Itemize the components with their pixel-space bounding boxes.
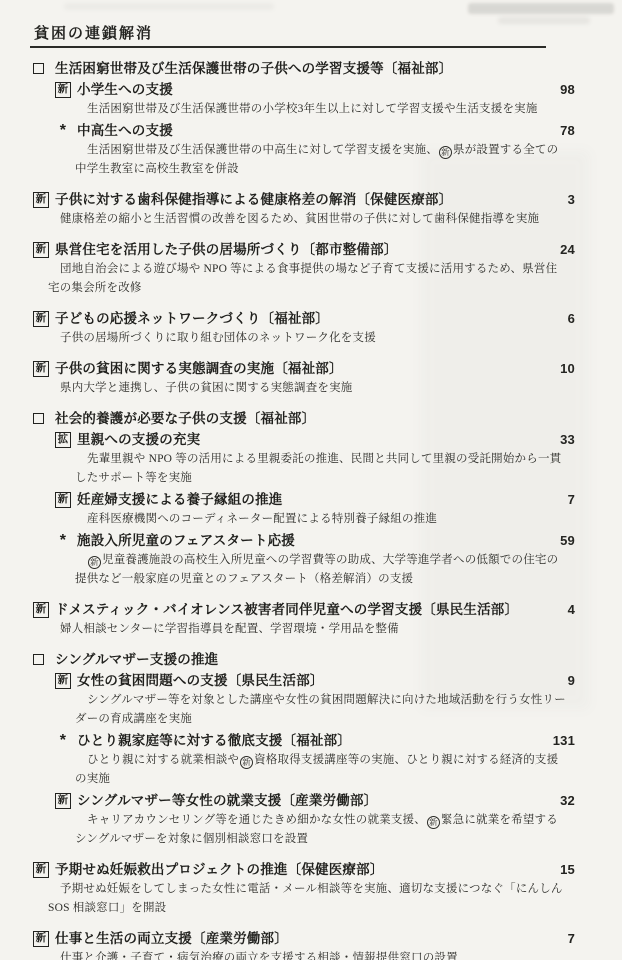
item-amount: 98	[552, 80, 575, 99]
item-title: 小学生への支援	[77, 80, 173, 99]
page-title: 貧困の連鎖解消	[30, 22, 546, 48]
policy-item: 新仕事と生活の両立支援〔産業労働部〕7仕事と介護・子育て・病気治療の両立を支援す…	[33, 929, 622, 960]
item-amount: 32	[552, 791, 575, 810]
circled-new-icon: 新	[240, 756, 253, 769]
policy-item: 新子供の貧困に関する実態調査の実施〔福祉部〕10県内大学と連携し、子供の貧困に関…	[33, 359, 622, 398]
expand-box-icon: 拡	[55, 432, 71, 448]
desc-text: 予期せぬ妊娠をしてしまった女性に電話・メール相談等を実施、適切な支援につなぐ「に…	[48, 883, 563, 914]
item-desc: シングルマザー等を対象とした講座や女性の貧困問題解決に向けた地域活動を行う女性リ…	[33, 691, 622, 729]
item-row: *中高生への支援78	[55, 121, 622, 140]
item-desc: 子供の居場所づくりに取り組む団体のネットワーク化を支援	[33, 329, 622, 348]
item-title: 予期せぬ妊娠救出プロジェクトの推進〔保健医療部〕	[55, 860, 384, 879]
item-title: 里親への支援の充実	[77, 430, 200, 449]
asterisk-marker: *	[55, 531, 71, 550]
item-amount: 3	[560, 190, 575, 209]
policy-item: 新子どもの応援ネットワークづくり〔福祉部〕6子供の居場所づくりに取り組む団体のネ…	[33, 309, 622, 348]
policy-group: 生活困窮世帯及び生活保護世帯の子供への学習支援等〔福祉部〕新小学生への支援98生…	[33, 59, 622, 179]
group-title: 生活困窮世帯及び生活保護世帯の子供への学習支援等〔福祉部〕	[55, 59, 452, 78]
policy-item: 新予期せぬ妊娠救出プロジェクトの推進〔保健医療部〕15予期せぬ妊娠をしてしまった…	[33, 860, 622, 918]
circled-new-icon: 新	[88, 556, 101, 569]
item-title: 子供の貧困に関する実態調査の実施〔福祉部〕	[55, 359, 343, 378]
item-amount: 6	[560, 309, 575, 328]
item-row: *施設入所児童のフェアスタート応援59	[55, 531, 622, 550]
item-row: 新予期せぬ妊娠救出プロジェクトの推進〔保健医療部〕15	[33, 860, 622, 879]
scan-artifact	[64, 3, 274, 10]
new-box-icon: 新	[55, 82, 71, 98]
open-square-icon	[33, 654, 44, 665]
item-row: 新仕事と生活の両立支援〔産業労働部〕7	[33, 929, 622, 948]
item-amount: 131	[545, 731, 575, 750]
circled-new-icon: 新	[427, 816, 440, 829]
item-title: シングルマザー等女性の就業支援〔産業労働部〕	[77, 791, 377, 810]
desc-text: 子供の居場所づくりに取り組む団体のネットワーク化を支援	[60, 332, 376, 344]
new-box-icon: 新	[55, 793, 71, 809]
item-row: *ひとり親家庭等に対する徹底支援〔福祉部〕131	[55, 731, 622, 750]
item-desc: 予期せぬ妊娠をしてしまった女性に電話・メール相談等を実施、適切な支援につなぐ「に…	[33, 880, 622, 918]
item-amount: 33	[552, 430, 575, 449]
new-box-icon: 新	[55, 492, 71, 508]
item-desc: 生活困窮世帯及び生活保護世帯の小学校3年生以上に対して学習支援や生活支援を実施	[33, 100, 622, 119]
circled-new-icon: 新	[439, 146, 452, 159]
desc-text: 県内大学と連携し、子供の貧困に関する実態調査を実施	[60, 382, 353, 394]
item-title: 妊産婦支援による養子縁組の推進	[77, 490, 283, 509]
group-title: 社会的養護が必要な子供の支援〔福祉部〕	[55, 409, 315, 428]
scanned-document-page: { "page": { "header": "貧困の連鎖解消" }, "mark…	[0, 0, 622, 960]
desc-text: 婦人相談センターに学習指導員を配置、学習環境・学用品を整備	[60, 623, 399, 635]
desc-text: 団地自治会による遊び場や NPO 等による食事提供の場など子育て支援に活用するた…	[48, 263, 557, 294]
asterisk-marker: *	[55, 731, 71, 750]
new-box-icon: 新	[33, 361, 49, 377]
open-square-icon	[33, 413, 44, 424]
item-desc: 県内大学と連携し、子供の貧困に関する実態調査を実施	[33, 379, 622, 398]
item-desc: 健康格差の縮小と生活習慣の改善を図るため、貧困世帯の子供に対して歯科保健指導を実…	[33, 210, 622, 229]
item-amount: 15	[552, 860, 575, 879]
item-row: 新子供の貧困に関する実態調査の実施〔福祉部〕10	[33, 359, 622, 378]
desc-text: 児童養護施設の高校生入所児童への学習費等の助成、大学等進学者への低額での住宅の提…	[75, 554, 558, 585]
item-row: 新シングルマザー等女性の就業支援〔産業労働部〕32	[55, 791, 622, 810]
desc-text: 生活困窮世帯及び生活保護世帯の小学校3年生以上に対して学習支援や生活支援を実施	[87, 103, 538, 115]
policy-item: 新子供に対する歯科保健指導による健康格差の解消〔保健医療部〕3健康格差の縮小と生…	[33, 190, 622, 229]
new-box-icon: 新	[33, 192, 49, 208]
item-title: 子どもの応援ネットワークづくり〔福祉部〕	[55, 309, 329, 328]
item-row: 新ドメスティック・バイオレンス被害者同伴児童への学習支援〔県民生活部〕4	[33, 600, 622, 619]
group-title: シングルマザー支援の推進	[55, 650, 218, 669]
item-desc: 生活困窮世帯及び生活保護世帯の中高生に対して学習支援を実施、新県が設置する全ての…	[33, 141, 622, 179]
item-amount: 78	[552, 121, 575, 140]
item-row: 新県営住宅を活用した子供の居場所づくり〔都市整備部〕24	[33, 240, 622, 259]
item-row: 新子どもの応援ネットワークづくり〔福祉部〕6	[33, 309, 622, 328]
item-title: ドメスティック・バイオレンス被害者同伴児童への学習支援〔県民生活部〕	[55, 600, 518, 619]
item-desc: 仕事と介護・子育て・病気治療の両立を支援する相談・情報提供窓口の設置	[33, 949, 622, 960]
item-title: ひとり親家庭等に対する徹底支援〔福祉部〕	[77, 731, 351, 750]
new-box-icon: 新	[33, 311, 49, 327]
item-title: 子供に対する歯科保健指導による健康格差の解消〔保健医療部〕	[55, 190, 452, 209]
item-row: 拡里親への支援の充実33	[55, 430, 622, 449]
desc-text: 先輩里親や NPO 等の活用による里親委託の推進、民間と共同して里親の受託開始か…	[75, 453, 561, 484]
item-amount: 59	[552, 531, 575, 550]
item-row: 新妊産婦支援による養子縁組の推進7	[55, 490, 622, 509]
item-desc: 団地自治会による遊び場や NPO 等による食事提供の場など子育て支援に活用するた…	[33, 260, 622, 298]
group-header-row: 社会的養護が必要な子供の支援〔福祉部〕	[33, 409, 622, 428]
new-box-icon: 新	[33, 242, 49, 258]
scan-artifact	[468, 3, 614, 14]
item-title: 仕事と生活の両立支援〔産業労働部〕	[55, 929, 288, 948]
desc-text: 生活困窮世帯及び生活保護世帯の中高生に対して学習支援を実施、	[87, 144, 438, 156]
desc-text: 仕事と介護・子育て・病気治療の両立を支援する相談・情報提供窓口の設置	[60, 952, 458, 960]
item-row: 新小学生への支援98	[55, 80, 622, 99]
new-box-icon: 新	[33, 931, 49, 947]
item-row: 新女性の貧困問題への支援〔県民生活部〕9	[55, 671, 622, 690]
item-title: 県営住宅を活用した子供の居場所づくり〔都市整備部〕	[55, 240, 398, 259]
group-header-row: 生活困窮世帯及び生活保護世帯の子供への学習支援等〔福祉部〕	[33, 59, 622, 78]
open-square-icon	[33, 63, 44, 74]
page-title-text: 貧困の連鎖解消	[34, 25, 153, 42]
policy-group: 社会的養護が必要な子供の支援〔福祉部〕拡里親への支援の充実33先輩里親や NPO…	[33, 409, 622, 589]
item-amount: 7	[560, 929, 575, 948]
item-desc: 婦人相談センターに学習指導員を配置、学習環境・学用品を整備	[33, 620, 622, 639]
policy-item: 新ドメスティック・バイオレンス被害者同伴児童への学習支援〔県民生活部〕4婦人相談…	[33, 600, 622, 639]
desc-text: キャリアカウンセリング等を通じたきめ細かな女性の就業支援、	[87, 814, 426, 826]
item-title: 施設入所児童のフェアスタート応援	[77, 531, 295, 550]
desc-text: シングルマザー等を対象とした講座や女性の貧困問題解決に向けた地域活動を行う女性リ…	[75, 694, 566, 725]
item-amount: 10	[552, 359, 575, 378]
item-amount: 7	[560, 490, 575, 509]
item-desc: キャリアカウンセリング等を通じたきめ細かな女性の就業支援、新緊急に就業を希望する…	[33, 811, 622, 849]
policy-group: シングルマザー支援の推進新女性の貧困問題への支援〔県民生活部〕9シングルマザー等…	[33, 650, 622, 849]
new-box-icon: 新	[33, 862, 49, 878]
item-amount: 9	[560, 671, 575, 690]
new-box-icon: 新	[33, 602, 49, 618]
group-header-row: シングルマザー支援の推進	[33, 650, 622, 669]
new-box-icon: 新	[55, 673, 71, 689]
item-desc: 産科医療機関へのコーディネーター配置による特別養子縁組の推進	[33, 510, 622, 529]
item-desc: ひとり親に対する就業相談や新資格取得支援講座等の実施、ひとり親に対する経済的支援…	[33, 751, 622, 789]
item-row: 新子供に対する歯科保健指導による健康格差の解消〔保健医療部〕3	[33, 190, 622, 209]
item-amount: 4	[560, 600, 575, 619]
item-desc: 先輩里親や NPO 等の活用による里親委託の推進、民間と共同して里親の受託開始か…	[33, 450, 622, 488]
item-desc: 新児童養護施設の高校生入所児童への学習費等の助成、大学等進学者への低額での住宅の…	[33, 551, 622, 589]
item-title: 女性の貧困問題への支援〔県民生活部〕	[77, 671, 324, 690]
item-amount: 24	[552, 240, 575, 259]
item-title: 中高生への支援	[77, 121, 173, 140]
desc-text: 産科医療機関へのコーディネーター配置による特別養子縁組の推進	[87, 513, 437, 525]
desc-text: ひとり親に対する就業相談や	[87, 754, 239, 766]
asterisk-marker: *	[55, 121, 71, 140]
items-list: 生活困窮世帯及び生活保護世帯の子供への学習支援等〔福祉部〕新小学生への支援98生…	[0, 59, 622, 960]
desc-text: 健康格差の縮小と生活習慣の改善を図るため、貧困世帯の子供に対して歯科保健指導を実…	[60, 213, 539, 225]
policy-item: 新県営住宅を活用した子供の居場所づくり〔都市整備部〕24団地自治会による遊び場や…	[33, 240, 622, 298]
